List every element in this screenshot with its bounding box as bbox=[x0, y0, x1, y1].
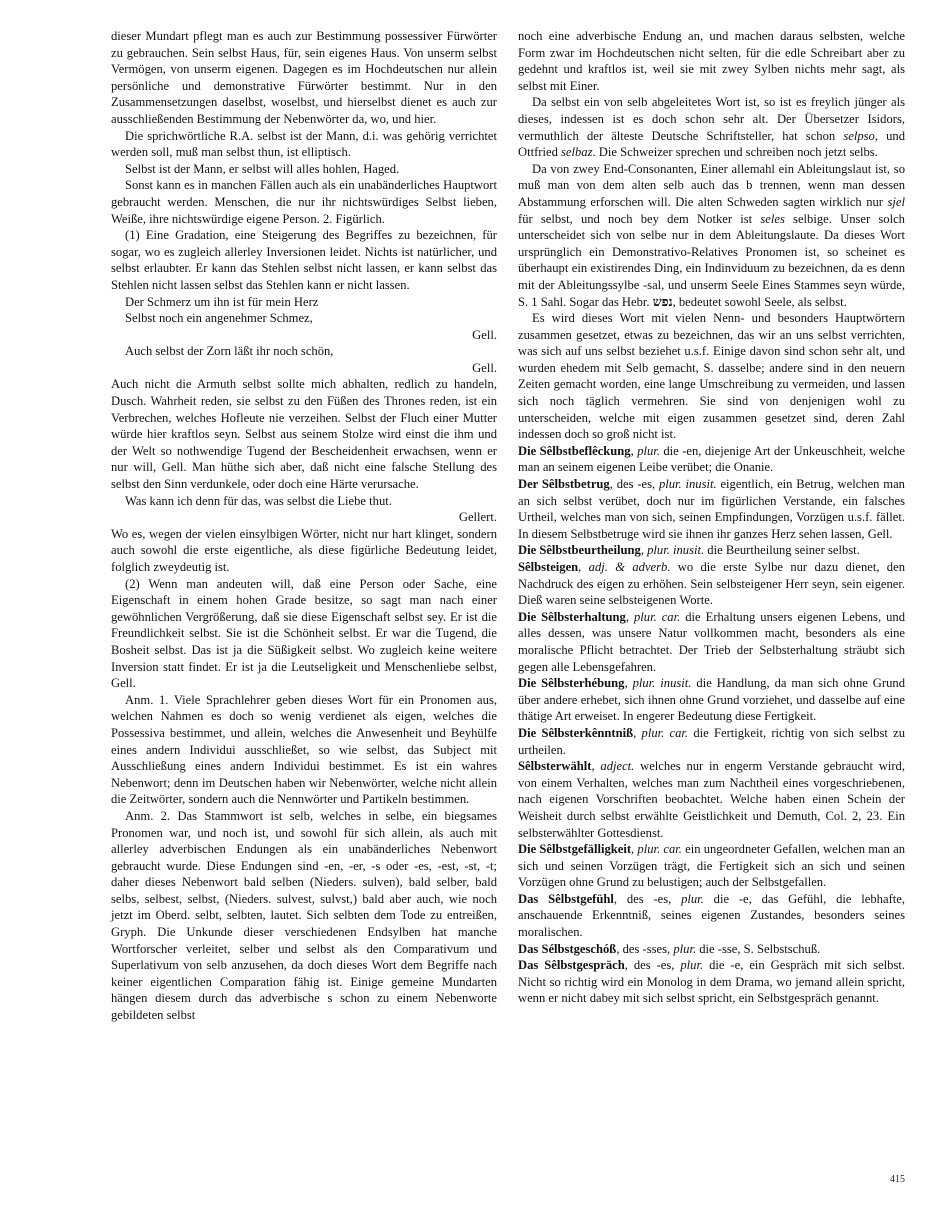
right-column: noch eine adverbische Endung an, und mac… bbox=[518, 28, 905, 1007]
text-run: , bbox=[626, 610, 634, 624]
dictionary-entry: Der Sêlbstbetrug, des -es, plur. inusit.… bbox=[518, 476, 905, 542]
text-run: Was kann ich denn für das, was selbst di… bbox=[125, 494, 392, 508]
headword: Die Sêlbsterhaltung bbox=[518, 610, 626, 624]
headword: Das Sêlbstgefühl bbox=[518, 892, 614, 906]
dictionary-entry: Die Sêlbstbeurtheilung, plur. inusit. di… bbox=[518, 542, 905, 559]
text-run: Gell. bbox=[472, 328, 497, 342]
text-run: Es wird dieses Wort mit vielen Nenn- und… bbox=[518, 311, 905, 441]
headword: Die Sêlbstbeurtheilung bbox=[518, 543, 641, 557]
citation-attribution: Gell. bbox=[111, 360, 497, 377]
text-run: , des -es, bbox=[614, 892, 681, 906]
dictionary-entry: Das Sêlbstgefühl, des -es, plur. die -e,… bbox=[518, 891, 905, 941]
text-run: Die sprichwörtliche R.A. selbst ist der … bbox=[111, 129, 497, 160]
dictionary-entry: Sêlbsteigen, adj. & adverb. wo die erste… bbox=[518, 559, 905, 609]
headword: Der Sêlbstbetrug bbox=[518, 477, 610, 491]
text-run: , bbox=[624, 676, 632, 690]
verse-line: Selbst ist der Mann, er selbst will alle… bbox=[111, 161, 497, 178]
text-run: (2) Wenn man andeuten will, daß eine Per… bbox=[111, 577, 497, 691]
verse-line: Selbst noch ein angenehmer Schmez, bbox=[111, 310, 497, 327]
grammar-note: adj. & adverb. bbox=[589, 560, 671, 574]
paragraph: (2) Wenn man andeuten will, daß eine Per… bbox=[111, 576, 497, 692]
paragraph: Da von zwey End-Consonanten, Einer allem… bbox=[518, 161, 905, 310]
dictionary-entry: Das Sêlbstgespräch, des -es, plur. die -… bbox=[518, 957, 905, 1007]
headword: Die Sêlbstgefälligkeit bbox=[518, 842, 631, 856]
headword: Sêlbsteigen bbox=[518, 560, 578, 574]
text-run: die Beurtheilung seiner selbst. bbox=[704, 543, 860, 557]
grammar-note: plur. car. bbox=[642, 726, 689, 740]
text-run: , bedeutet sowohl Seele, als selbst. bbox=[673, 295, 847, 309]
paragraph: Wo es, wegen der vielen einsylbigen Wört… bbox=[111, 526, 497, 576]
headword: Das Sélbstgeschóß bbox=[518, 942, 616, 956]
grammar-note: plur. bbox=[673, 942, 696, 956]
text-run: Der Schmerz um ihn ist für mein Herz bbox=[125, 295, 318, 309]
text-run: , des -es, bbox=[625, 958, 681, 972]
verse-line: Auch selbst der Zorn läßt ihr noch schön… bbox=[111, 343, 497, 360]
grammar-note: selbaz bbox=[561, 145, 592, 159]
text-run: für selbst, und noch bey dem Notker ist bbox=[518, 212, 760, 226]
text-run: noch eine adverbische Endung an, und mac… bbox=[518, 29, 905, 93]
grammar-note: adject. bbox=[600, 759, 634, 773]
text-run: die -sse, S. Selbstschuß. bbox=[696, 942, 820, 956]
text-run: , des -es, bbox=[610, 477, 659, 491]
paragraph: (1) Eine Gradation, eine Steigerung des … bbox=[111, 227, 497, 293]
paragraph: dieser Mundart pflegt man es auch zur Be… bbox=[111, 28, 497, 128]
grammar-note: sjel bbox=[888, 195, 906, 209]
grammar-note: plur. inusit. bbox=[647, 543, 704, 557]
text-run: Da von zwey End-Consonanten, Einer allem… bbox=[518, 162, 905, 209]
text-run: dieser Mundart pflegt man es auch zur Be… bbox=[111, 29, 497, 126]
headword: Die Sêlbstbeflêckung bbox=[518, 444, 631, 458]
text-run: Anm. 2. Das Stammwort ist selb, welches … bbox=[111, 809, 497, 1022]
headword: נפש bbox=[653, 295, 673, 309]
text-run: Selbst ist der Mann, er selbst will alle… bbox=[125, 162, 399, 176]
grammar-note: plur. car. bbox=[637, 842, 682, 856]
dictionary-entry: Die Sêlbstbeflêckung, plur. die -en, die… bbox=[518, 443, 905, 476]
grammar-note: plur. bbox=[637, 444, 660, 458]
paragraph: Anm. 2. Das Stammwort ist selb, welches … bbox=[111, 808, 497, 1024]
dictionary-entry: Die Sêlbsterkênntniß, plur. car. die Fer… bbox=[518, 725, 905, 758]
text-run: Wo es, wegen der vielen einsylbigen Wört… bbox=[111, 527, 497, 574]
text-run: Auch nicht die Armuth selbst sollte mich… bbox=[111, 377, 497, 491]
headword: Das Sêlbstgespräch bbox=[518, 958, 625, 972]
left-column: dieser Mundart pflegt man es auch zur Be… bbox=[111, 28, 497, 1024]
text-run: , des -sses, bbox=[616, 942, 673, 956]
dictionary-entry: Die Sêlbsterhébung, plur. inusit. die Ha… bbox=[518, 675, 905, 725]
paragraph: Sonst kann es in manchen Fällen auch als… bbox=[111, 177, 497, 227]
grammar-note: plur. inusit. bbox=[633, 676, 692, 690]
paragraph: Es wird dieses Wort mit vielen Nenn- und… bbox=[518, 310, 905, 443]
paragraph: Da selbst ein von selb abgeleitetes Wort… bbox=[518, 94, 905, 160]
text-run: Anm. 1. Viele Sprachlehrer geben dieses … bbox=[111, 693, 497, 807]
paragraph: Anm. 1. Viele Sprachlehrer geben dieses … bbox=[111, 692, 497, 808]
verse-line: Der Schmerz um ihn ist für mein Herz bbox=[111, 294, 497, 311]
text-run: . Die Schweizer sprechen und schreiben n… bbox=[593, 145, 878, 159]
grammar-note: plur. inusit. bbox=[659, 477, 717, 491]
dictionary-entry: Das Sélbstgeschóß, des -sses, plur. die … bbox=[518, 941, 905, 958]
paragraph: noch eine adverbische Endung an, und mac… bbox=[518, 28, 905, 94]
text-run: Selbst noch ein angenehmer Schmez, bbox=[125, 311, 313, 325]
text-run: , bbox=[578, 560, 588, 574]
text-run: , bbox=[633, 726, 641, 740]
text-run: Gellert. bbox=[459, 510, 497, 524]
text-run: Sonst kann es in manchen Fällen auch als… bbox=[111, 178, 497, 225]
grammar-note: plur. car. bbox=[634, 610, 680, 624]
citation-attribution: Gell. bbox=[111, 327, 497, 344]
dictionary-page: dieser Mundart pflegt man es auch zur Be… bbox=[0, 0, 935, 1210]
grammar-note: selpso, bbox=[843, 129, 878, 143]
text-run: (1) Eine Gradation, eine Steigerung des … bbox=[111, 228, 497, 292]
page-number: 415 bbox=[890, 1174, 905, 1185]
dictionary-entry: Die Sêlbsterhaltung, plur. car. die Erha… bbox=[518, 609, 905, 675]
headword: Sêlbsterwählt bbox=[518, 759, 591, 773]
citation-attribution: Gellert. bbox=[111, 509, 497, 526]
headword: Die Sêlbsterkênntniß bbox=[518, 726, 633, 740]
headword: Die Sêlbsterhébung bbox=[518, 676, 624, 690]
grammar-note: plur. bbox=[680, 958, 703, 972]
paragraph: Auch nicht die Armuth selbst sollte mich… bbox=[111, 376, 497, 492]
paragraph: Die sprichwörtliche R.A. selbst ist der … bbox=[111, 128, 497, 161]
grammar-note: seles bbox=[760, 212, 784, 226]
text-run: Auch selbst der Zorn läßt ihr noch schön… bbox=[125, 344, 333, 358]
grammar-note: plur. bbox=[681, 892, 704, 906]
dictionary-entry: Sêlbsterwählt, adject. welches nur in en… bbox=[518, 758, 905, 841]
dictionary-entry: Die Sêlbstgefälligkeit, plur. car. ein u… bbox=[518, 841, 905, 891]
verse-line: Was kann ich denn für das, was selbst di… bbox=[111, 493, 497, 510]
text-run: Gell. bbox=[472, 361, 497, 375]
